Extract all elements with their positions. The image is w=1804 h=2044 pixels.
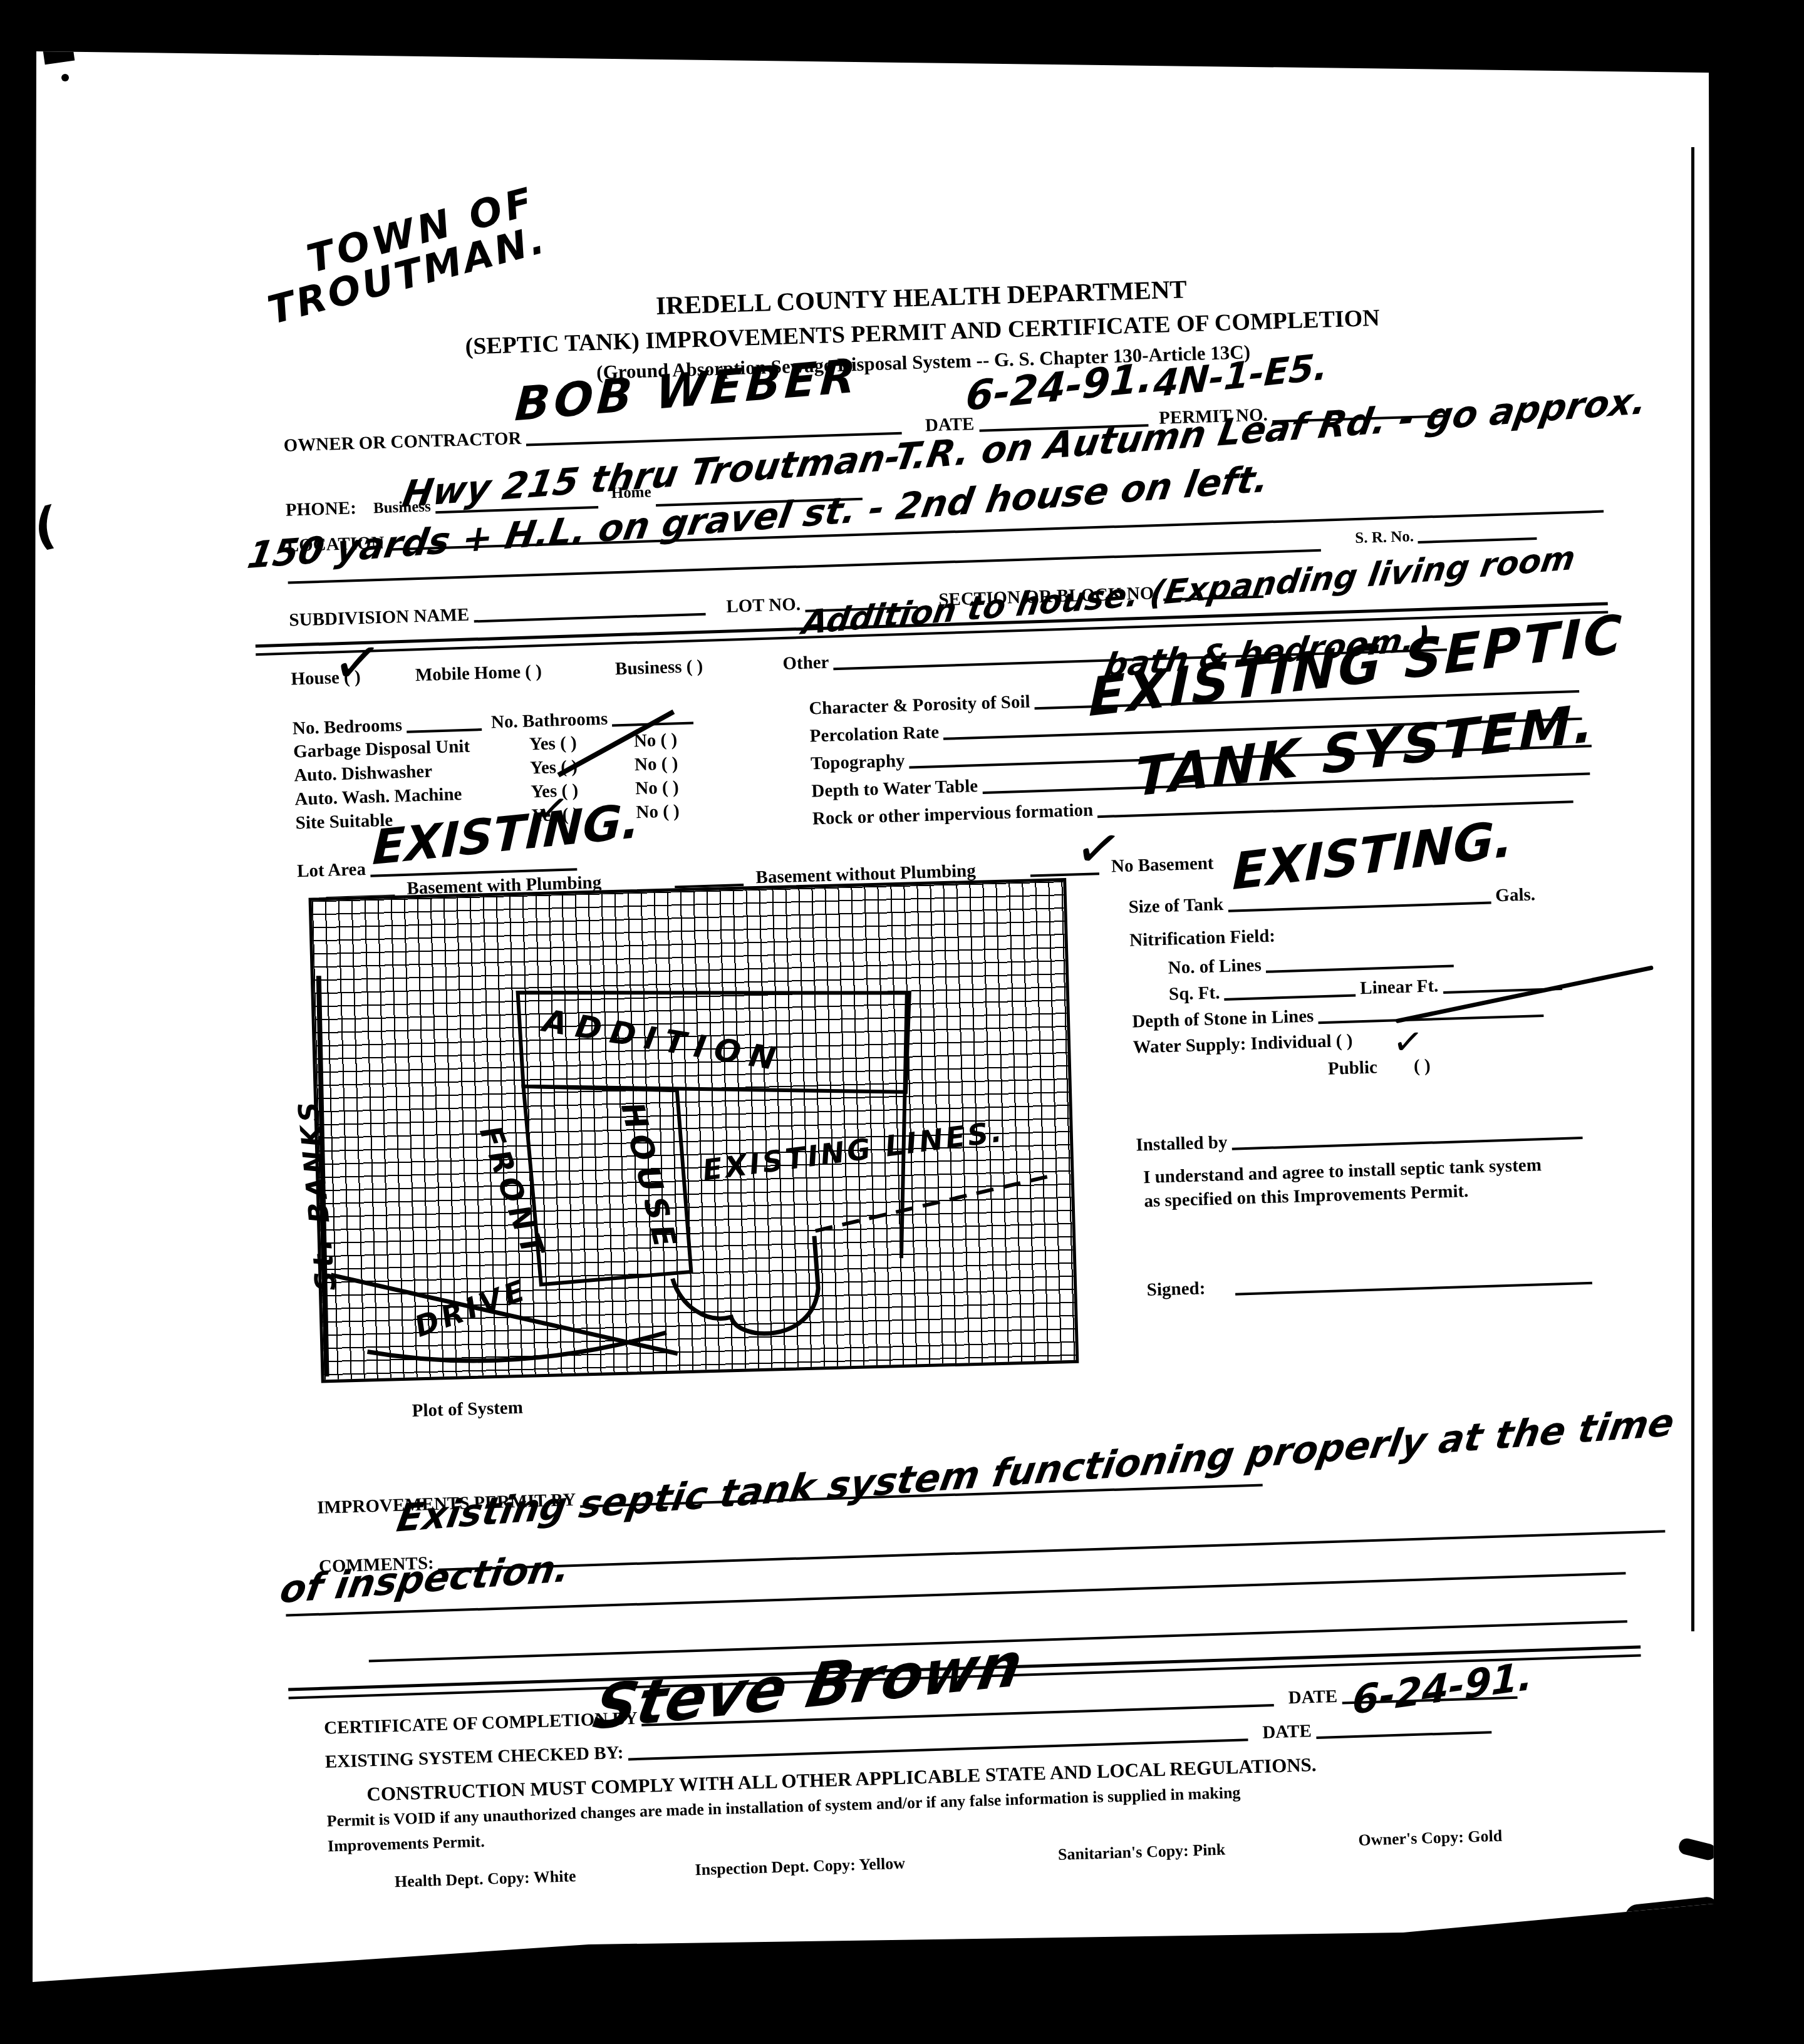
copy-owner: Owner's Copy: Gold	[1358, 1827, 1503, 1850]
nitrification-label: Nitrification Field:	[1129, 926, 1276, 950]
existing-lines-dashed	[814, 1176, 1052, 1231]
phone-label: PHONE:	[286, 498, 357, 520]
water-supply-label: Water Supply: Individual ( )	[1133, 1031, 1353, 1058]
garbage-label: Garbage Disposal Unit	[293, 735, 526, 763]
dishwasher-yes: Yes ( )	[530, 755, 631, 779]
soil-character-label: Character & Porosity of Soil	[809, 691, 1030, 718]
stone-label: Depth of Stone in Lines	[1132, 1006, 1314, 1032]
no-of-lines-label: No. of Lines	[1168, 955, 1262, 978]
sqft-line	[1224, 976, 1356, 1001]
lot-no-label: LOT NO.	[726, 594, 801, 617]
washmachine-no: No ( )	[635, 777, 679, 798]
page-fold-line	[1691, 147, 1694, 1631]
drive-curve	[367, 1333, 667, 1364]
signed-row: Signed:	[1146, 1264, 1592, 1301]
scanned-permit-page: { "scan": { "note_top_left_line1": "TOWN…	[0, 0, 1804, 2044]
no-of-lines-line	[1265, 947, 1454, 973]
sr-no-label: S. R. No.	[1355, 528, 1414, 547]
tank-size-label: Size of Tank	[1128, 894, 1223, 917]
installed-by-line	[1231, 1118, 1583, 1150]
linear-ft-label: Linear Ft.	[1360, 976, 1439, 998]
sr-no-row: S. R. No.	[1355, 521, 1537, 547]
scanned-paper: ( TOWN OF TROUTMAN. IREDELL COUNTY HEALT…	[25, 38, 1741, 2004]
agreement-paragraph: I understand and agree to install septic…	[1143, 1153, 1558, 1213]
soil-depth-label: Depth to Water Table	[811, 776, 978, 801]
owner-label: OWNER OR CONTRACTOR	[283, 428, 522, 456]
installed-by-row: Installed by	[1136, 1118, 1583, 1155]
site-no: No ( )	[636, 801, 680, 822]
form-content: TOWN OF TROUTMAN. IREDELL COUNTY HEALTH …	[244, 236, 1647, 1919]
mobile-home-checkbox-label: Mobile Home ( )	[415, 661, 542, 685]
dishwasher-no: No ( )	[635, 753, 678, 775]
soil-percolation-label: Percolation Rate	[809, 722, 939, 746]
bedrooms-label: No. Bedrooms	[293, 715, 403, 738]
bedrooms-line	[406, 711, 482, 733]
basement-without-line	[675, 865, 744, 888]
public-row: Public ( )	[1327, 1056, 1431, 1080]
other-label: Other	[782, 653, 829, 674]
copy-sanitarian: Sanitarian's Copy: Pink	[1058, 1840, 1226, 1864]
nitrification-label-row: Nitrification Field:	[1129, 926, 1276, 951]
scan-blob-bottom-right	[1624, 1896, 1721, 1935]
sqft-label: Sq. Ft.	[1169, 983, 1220, 1004]
bathrooms-label: No. Bathrooms	[490, 709, 608, 733]
public-parens: ( )	[1414, 1056, 1431, 1076]
washmachine-label: Auto. Wash. Machine	[294, 782, 527, 810]
copy-health: Health Dept. Copy: White	[394, 1867, 576, 1891]
sr-no-line	[1418, 521, 1537, 544]
no-basement-label: No Basement	[1111, 853, 1214, 876]
signed-label: Signed:	[1146, 1278, 1205, 1300]
dishwasher-label: Auto. Dishwasher	[294, 758, 526, 787]
certificate-date-label: DATE	[1288, 1686, 1337, 1708]
signed-line	[1235, 1264, 1592, 1296]
checked-date-label: DATE	[1262, 1721, 1312, 1742]
margin-mark: (	[28, 497, 63, 557]
subdivision-label: SUBDIVISION NAME	[289, 605, 470, 631]
checked-by-label: EXISTING SYSTEM CHECKED BY:	[324, 1743, 624, 1772]
plot-caption: Plot of System	[0, 1378, 1144, 1441]
tank-gals-label: Gals.	[1495, 884, 1536, 906]
plot-grid: ADDITION HOUSE FRONT EXISTING LINES. DRI…	[309, 878, 1079, 1383]
scan-blob-bottom-right-2	[1677, 1837, 1718, 1862]
copy-inspection: Inspection Dept. Copy: Yellow	[695, 1854, 905, 1880]
pipe-line	[671, 1236, 819, 1336]
soil-rock-label: Rock or other impervious formation	[812, 800, 1093, 828]
installed-by-label: Installed by	[1136, 1132, 1228, 1155]
water-supply-row: Water Supply: Individual ( )	[1133, 1031, 1353, 1058]
scan-dot	[61, 74, 69, 81]
subdivision-line	[474, 595, 706, 623]
void-line-2: Improvements Permit.	[328, 1832, 485, 1856]
checkmark-house: ✓	[329, 626, 386, 700]
public-label: Public	[1327, 1056, 1409, 1080]
no-of-lines-row: No. of Lines	[1168, 947, 1454, 978]
stone-line	[1318, 997, 1544, 1024]
scan-smudge-top-left	[43, 47, 75, 65]
business-checkbox-label: Business ( )	[615, 656, 703, 679]
checked-date-line	[1315, 1713, 1491, 1739]
soil-topography-label: Topography	[811, 751, 905, 774]
